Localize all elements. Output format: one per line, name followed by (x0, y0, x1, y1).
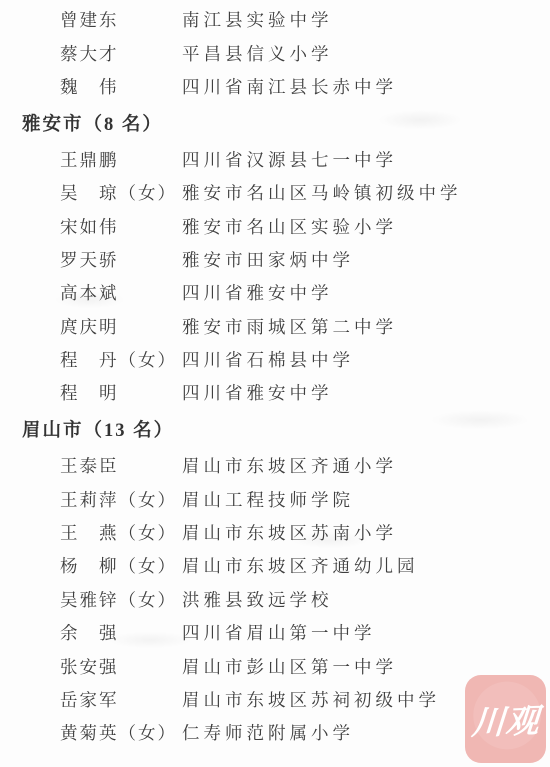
roster-row: 曾建东 南江县实验中学 (0, 3, 550, 36)
person-name: 王鼎鹏 (60, 147, 182, 172)
person-name: 罗天骄 (60, 247, 182, 272)
person-name: 程 丹（女） (60, 347, 182, 372)
roster-row: 余 强 四川省眉山第一中学 (0, 616, 550, 649)
person-name: 魏 伟 (60, 74, 182, 99)
roster-row: 王莉萍（女） 眉山工程技师学院 (0, 482, 550, 515)
roster-row: 杨 柳（女） 眉山市东坡区齐通幼儿园 (0, 549, 550, 582)
school-name: 雅安市名山区马岭镇初级中学 (182, 180, 550, 205)
school-name: 四川省眉山第一中学 (182, 620, 550, 645)
person-name: 吴雅锌（女） (60, 587, 182, 612)
person-name: 岳家军 (60, 687, 182, 712)
person-name: 吴 琼（女） (60, 180, 182, 205)
roster-row: 王 燕（女） 眉山市东坡区苏南小学 (0, 516, 550, 549)
roster-row: 魏 伟 四川省南江县长赤中学 (0, 70, 550, 103)
school-name: 四川省南江县长赤中学 (182, 74, 550, 99)
roster-row: 宋如伟 雅安市名山区实验小学 (0, 209, 550, 242)
roster-row: 吴 琼（女） 雅安市名山区马岭镇初级中学 (0, 176, 550, 209)
chuanguan-watermark-text: 川观 (470, 694, 542, 743)
roster-row: 高本斌 四川省雅安中学 (0, 276, 550, 309)
person-name: 张安强 (60, 654, 182, 679)
city-section-header: 眉山市（13 名） (0, 413, 550, 446)
school-name: 平昌县信义小学 (182, 41, 550, 66)
roster-row: 王鼎鹏 四川省汉源县七一中学 (0, 143, 550, 176)
person-name: 王莉萍（女） (60, 487, 182, 512)
person-name: 蔡大才 (60, 41, 182, 66)
roster-row: 张安强 眉山市彭山区第一中学 (0, 649, 550, 682)
chuanguan-watermark-logo: 川观 (465, 675, 546, 763)
roster-row: 程 丹（女） 四川省石棉县中学 (0, 343, 550, 376)
scanned-document-page: 曾建东 南江县实验中学 蔡大才 平昌县信义小学 魏 伟 四川省南江县长赤中学 雅… (0, 0, 550, 767)
school-name: 四川省雅安中学 (182, 380, 550, 405)
school-name: 洪雅县致远学校 (182, 587, 550, 612)
person-name: 庹庆明 (60, 314, 182, 339)
school-name: 四川省汉源县七一中学 (182, 147, 550, 172)
school-name: 眉山市东坡区齐通幼儿园 (182, 553, 550, 578)
school-name: 雅安市雨城区第二中学 (182, 314, 550, 339)
roster-row: 蔡大才 平昌县信义小学 (0, 36, 550, 69)
school-name: 雅安市田家炳中学 (182, 247, 550, 272)
roster-row: 庹庆明 雅安市雨城区第二中学 (0, 310, 550, 343)
roster-row: 王泰臣 眉山市东坡区齐通小学 (0, 449, 550, 482)
city-section-header: 雅安市（8 名） (0, 106, 550, 139)
school-name: 雅安市名山区实验小学 (182, 214, 550, 239)
person-name: 曾建东 (60, 7, 182, 32)
person-name: 杨 柳（女） (60, 553, 182, 578)
person-name: 高本斌 (60, 280, 182, 305)
roster-row: 吴雅锌（女） 洪雅县致远学校 (0, 583, 550, 616)
person-name: 王 燕（女） (60, 520, 182, 545)
roster-list: 曾建东 南江县实验中学 蔡大才 平昌县信义小学 魏 伟 四川省南江县长赤中学 雅… (0, 0, 550, 750)
roster-row: 程 明 四川省雅安中学 (0, 376, 550, 409)
person-name: 余 强 (60, 620, 182, 645)
person-name: 宋如伟 (60, 214, 182, 239)
person-name: 程 明 (60, 380, 182, 405)
school-name: 眉山市东坡区齐通小学 (182, 453, 550, 478)
person-name: 王泰臣 (60, 453, 182, 478)
school-name: 眉山工程技师学院 (182, 487, 550, 512)
school-name: 南江县实验中学 (182, 7, 550, 32)
school-name: 四川省石棉县中学 (182, 347, 550, 372)
person-name: 黄菊英（女） (60, 720, 182, 745)
roster-row: 罗天骄 雅安市田家炳中学 (0, 243, 550, 276)
school-name: 眉山市东坡区苏南小学 (182, 520, 550, 545)
school-name: 四川省雅安中学 (182, 280, 550, 305)
